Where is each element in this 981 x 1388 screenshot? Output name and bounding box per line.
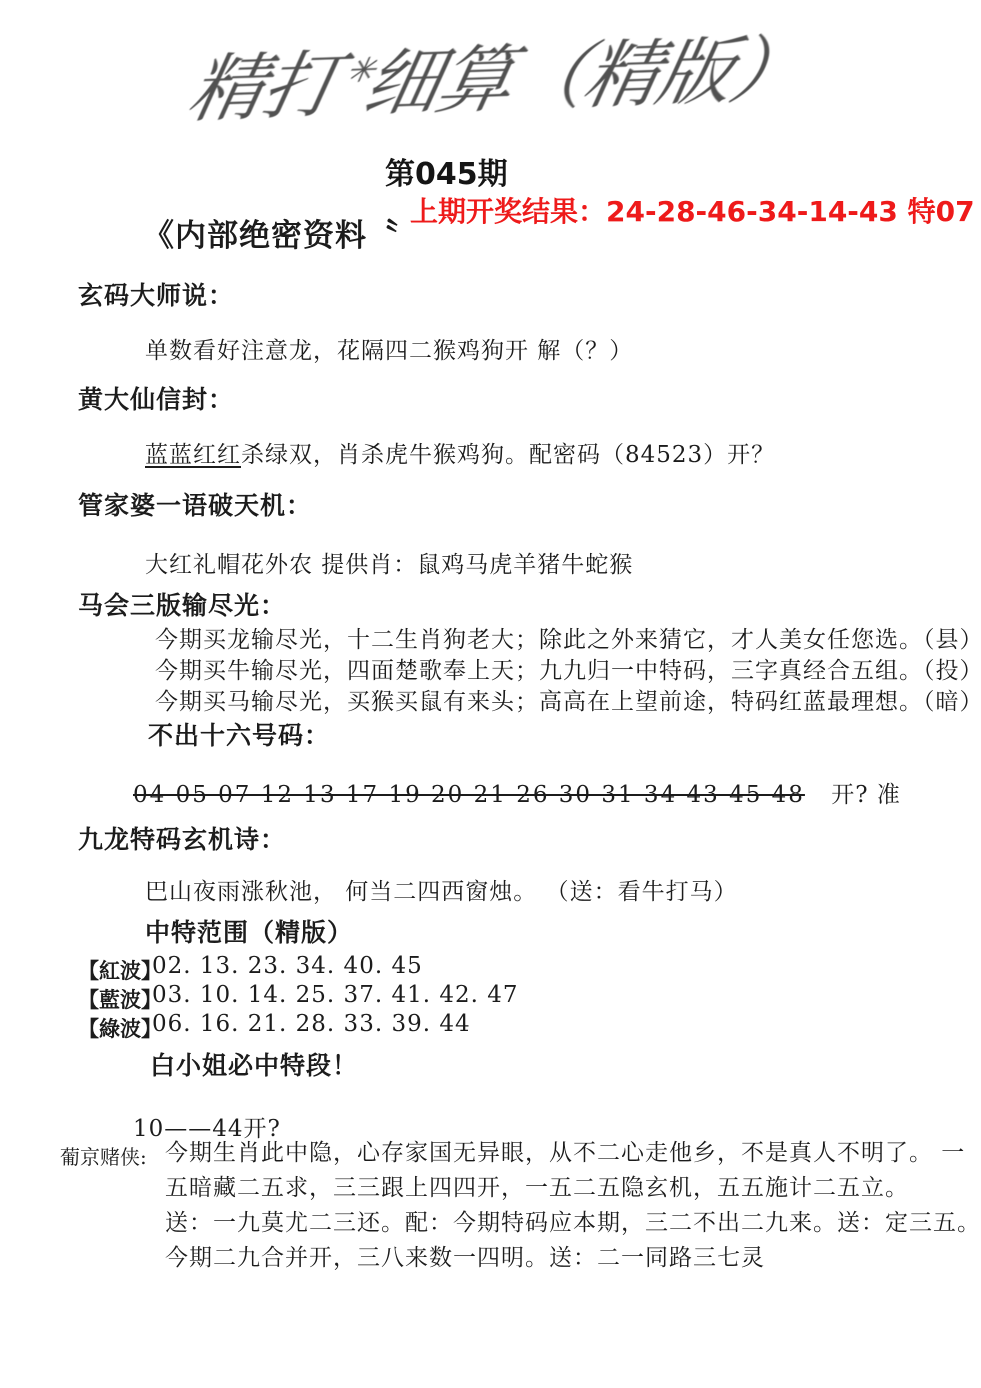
pujing-line-2: 五暗藏二五求，三三跟上四四开，一五二五隐玄机，五五施计二五立。 <box>165 1171 945 1206</box>
pujing-line-3: 送：一九莫尤二三还。配：今期特码应本期，三二不出二九来。送：定三五。 <box>165 1206 945 1241</box>
wave-label-red: 【紅波】 <box>78 955 162 985</box>
handwritten-title: 精打✳细算（精版） <box>150 0 865 142</box>
huangdaxian-line: 蓝蓝红红杀绿双，肖杀虎牛猴鸡狗。配密码（84523）开？ <box>145 436 775 469</box>
previous-result: 上期开奖结果：24-28-46-34-14-43 特07 <box>410 190 975 230</box>
section-heading-baixiaojie: 白小姐必中特段！ <box>150 1046 358 1082</box>
section-heading-zhongte: 中特范围（精版） <box>145 913 353 949</box>
sixteen-numbers-line: 04 05 07 12 13 17 19 20 21 26 30 31 34 4… <box>133 776 901 809</box>
sixteen-suffix: 开? 准 <box>831 782 901 808</box>
pujing-line-4: 今期二九合并开，三八来数一四明。送：二一同路三七灵 <box>165 1241 945 1276</box>
mahui-line-1: 今期买龙输尽光，十二生肖狗老大；除此之外来猜它，才人美女任您选。（县） <box>155 621 981 654</box>
mahui-line-3: 今期买马输尽光，买猴买鼠有来头；高高在上望前途，特码红蓝最理想。（暗） <box>155 683 981 716</box>
guanjiapo-line: 大红礼帽花外农 提供肖：鼠鸡马虎羊猪牛蛇猴 <box>145 546 633 579</box>
mahui-line-2: 今期买牛输尽光，四面楚歌奉上天；九九归一中特码，三字真经合五组。（投） <box>155 652 981 685</box>
pujing-label: 葡京赌侠: <box>60 1141 147 1170</box>
section-heading-guanjiapo: 管家婆一语破天机： <box>78 486 312 522</box>
issue-number: 第045期 <box>385 149 508 193</box>
huangdaxian-underlined: 蓝蓝红红 <box>145 442 241 468</box>
pujing-text-block: 今期生肖此中隐，心存家国无异眼，从不二心走他乡，不是真人不明了。 一 五暗藏二五… <box>165 1136 945 1276</box>
wave-numbers-green: 06. 16. 21. 28. 33. 39. 44 <box>152 1011 471 1037</box>
pujing-line-1: 今期生肖此中隐，心存家国无异眼，从不二心走他乡，不是真人不明了。 一 <box>165 1136 945 1171</box>
jiulong-poem: 巴山夜雨涨秋池， 何当二四西窗烛。 （送：看牛打马） <box>145 873 738 906</box>
section-heading-mahui: 马会三版输尽光： <box>78 586 286 622</box>
section-heading-jiulong: 九龙特码玄机诗： <box>78 820 286 856</box>
section-heading-huangdaxian: 黄大仙信封： <box>78 380 234 416</box>
section-heading-xuanma: 玄码大师说： <box>78 276 234 312</box>
struck-numbers: 04 05 07 12 13 17 19 20 21 26 30 31 34 4… <box>133 782 805 808</box>
wave-numbers-red: 02. 13. 23. 34. 40. 45 <box>152 953 423 979</box>
handwritten-title-right: 细算（精版） <box>352 26 830 127</box>
section-heading-sixteen: 不出十六号码： <box>148 716 330 752</box>
huangdaxian-rest: 杀绿双，肖杀虎牛猴鸡狗。配密码（84523）开？ <box>241 442 775 468</box>
wave-label-green: 【綠波】 <box>78 1013 162 1043</box>
scanned-lottery-sheet: 精打✳细算（精版） 第045期 上期开奖结果：24-28-46-34-14-43… <box>0 0 981 1388</box>
secret-document-label: 《内部绝密资料〝 <box>143 210 399 255</box>
wave-label-blue: 【藍波】 <box>78 984 162 1014</box>
handwritten-title-left: 精打 <box>177 42 362 133</box>
xuanma-line: 单数看好注意龙，花隔四二猴鸡狗开 解（？） <box>145 332 633 365</box>
wave-numbers-blue: 03. 10. 14. 25. 37. 41. 42. 47 <box>152 982 519 1008</box>
